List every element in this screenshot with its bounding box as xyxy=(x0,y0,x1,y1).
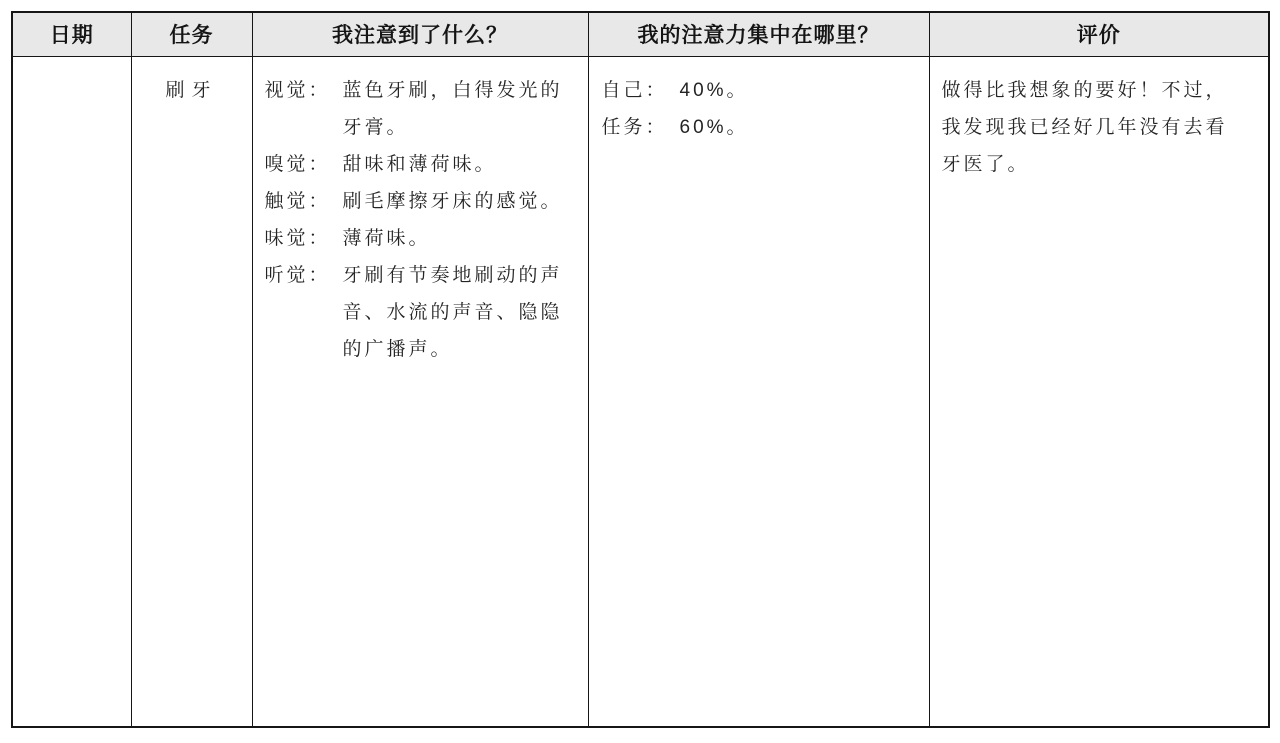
sense-label: 嗅觉： xyxy=(265,146,331,183)
table-row: 刷牙 视觉： 蓝色牙刷，白得发光的牙膏。 嗅觉： 甜味和薄荷味。 触觉： 刷毛摩… xyxy=(12,56,1269,727)
header-noticed: 我注意到了什么？ xyxy=(252,12,588,56)
sense-label: 味觉： xyxy=(265,220,331,257)
sense-label: 视觉： xyxy=(265,72,331,109)
focus-label: 任务： xyxy=(602,109,668,146)
header-focus: 我的注意力集中在哪里？ xyxy=(588,12,929,56)
header-date: 日期 xyxy=(12,12,131,56)
focus-line-task: 任务： 60%。 xyxy=(602,109,923,146)
date-cell xyxy=(12,56,131,727)
sense-text: 刷毛摩擦牙床的感觉。 xyxy=(343,183,582,220)
sense-text: 蓝色牙刷，白得发光的牙膏。 xyxy=(343,72,582,146)
noticed-cell: 视觉： 蓝色牙刷，白得发光的牙膏。 嗅觉： 甜味和薄荷味。 触觉： 刷毛摩擦牙床… xyxy=(252,56,588,727)
sense-text: 牙刷有节奏地刷动的声音、水流的声音、隐隐的广播声。 xyxy=(343,257,582,368)
focus-value: 60%。 xyxy=(680,109,923,146)
sense-label: 触觉： xyxy=(265,183,331,220)
header-row: 日期 任务 我注意到了什么？ 我的注意力集中在哪里？ 评价 xyxy=(12,12,1269,56)
attention-log-table: 日期 任务 我注意到了什么？ 我的注意力集中在哪里？ 评价 刷牙 视觉： 蓝色牙… xyxy=(11,11,1270,728)
sense-text: 甜味和薄荷味。 xyxy=(343,146,582,183)
attention-log-page: 日期 任务 我注意到了什么？ 我的注意力集中在哪里？ 评价 刷牙 视觉： 蓝色牙… xyxy=(0,0,1280,743)
sense-line-hearing: 听觉： 牙刷有节奏地刷动的声音、水流的声音、隐隐的广播声。 xyxy=(265,257,582,368)
header-task: 任务 xyxy=(131,12,252,56)
focus-cell: 自己： 40%。 任务： 60%。 xyxy=(588,56,929,727)
sense-line-smell: 嗅觉： 甜味和薄荷味。 xyxy=(265,146,582,183)
sense-text: 薄荷味。 xyxy=(343,220,582,257)
header-evaluation: 评价 xyxy=(929,12,1269,56)
sense-line-touch: 触觉： 刷毛摩擦牙床的感觉。 xyxy=(265,183,582,220)
sense-line-vision: 视觉： 蓝色牙刷，白得发光的牙膏。 xyxy=(265,72,582,146)
focus-value: 40%。 xyxy=(680,72,923,109)
task-cell: 刷牙 xyxy=(131,56,252,727)
focus-label: 自己： xyxy=(602,72,668,109)
sense-label: 听觉： xyxy=(265,257,331,294)
focus-line-self: 自己： 40%。 xyxy=(602,72,923,109)
evaluation-cell: 做得比我想象的要好！不过，我发现我已经好几年没有去看牙医了。 xyxy=(929,56,1269,727)
sense-line-taste: 味觉： 薄荷味。 xyxy=(265,220,582,257)
